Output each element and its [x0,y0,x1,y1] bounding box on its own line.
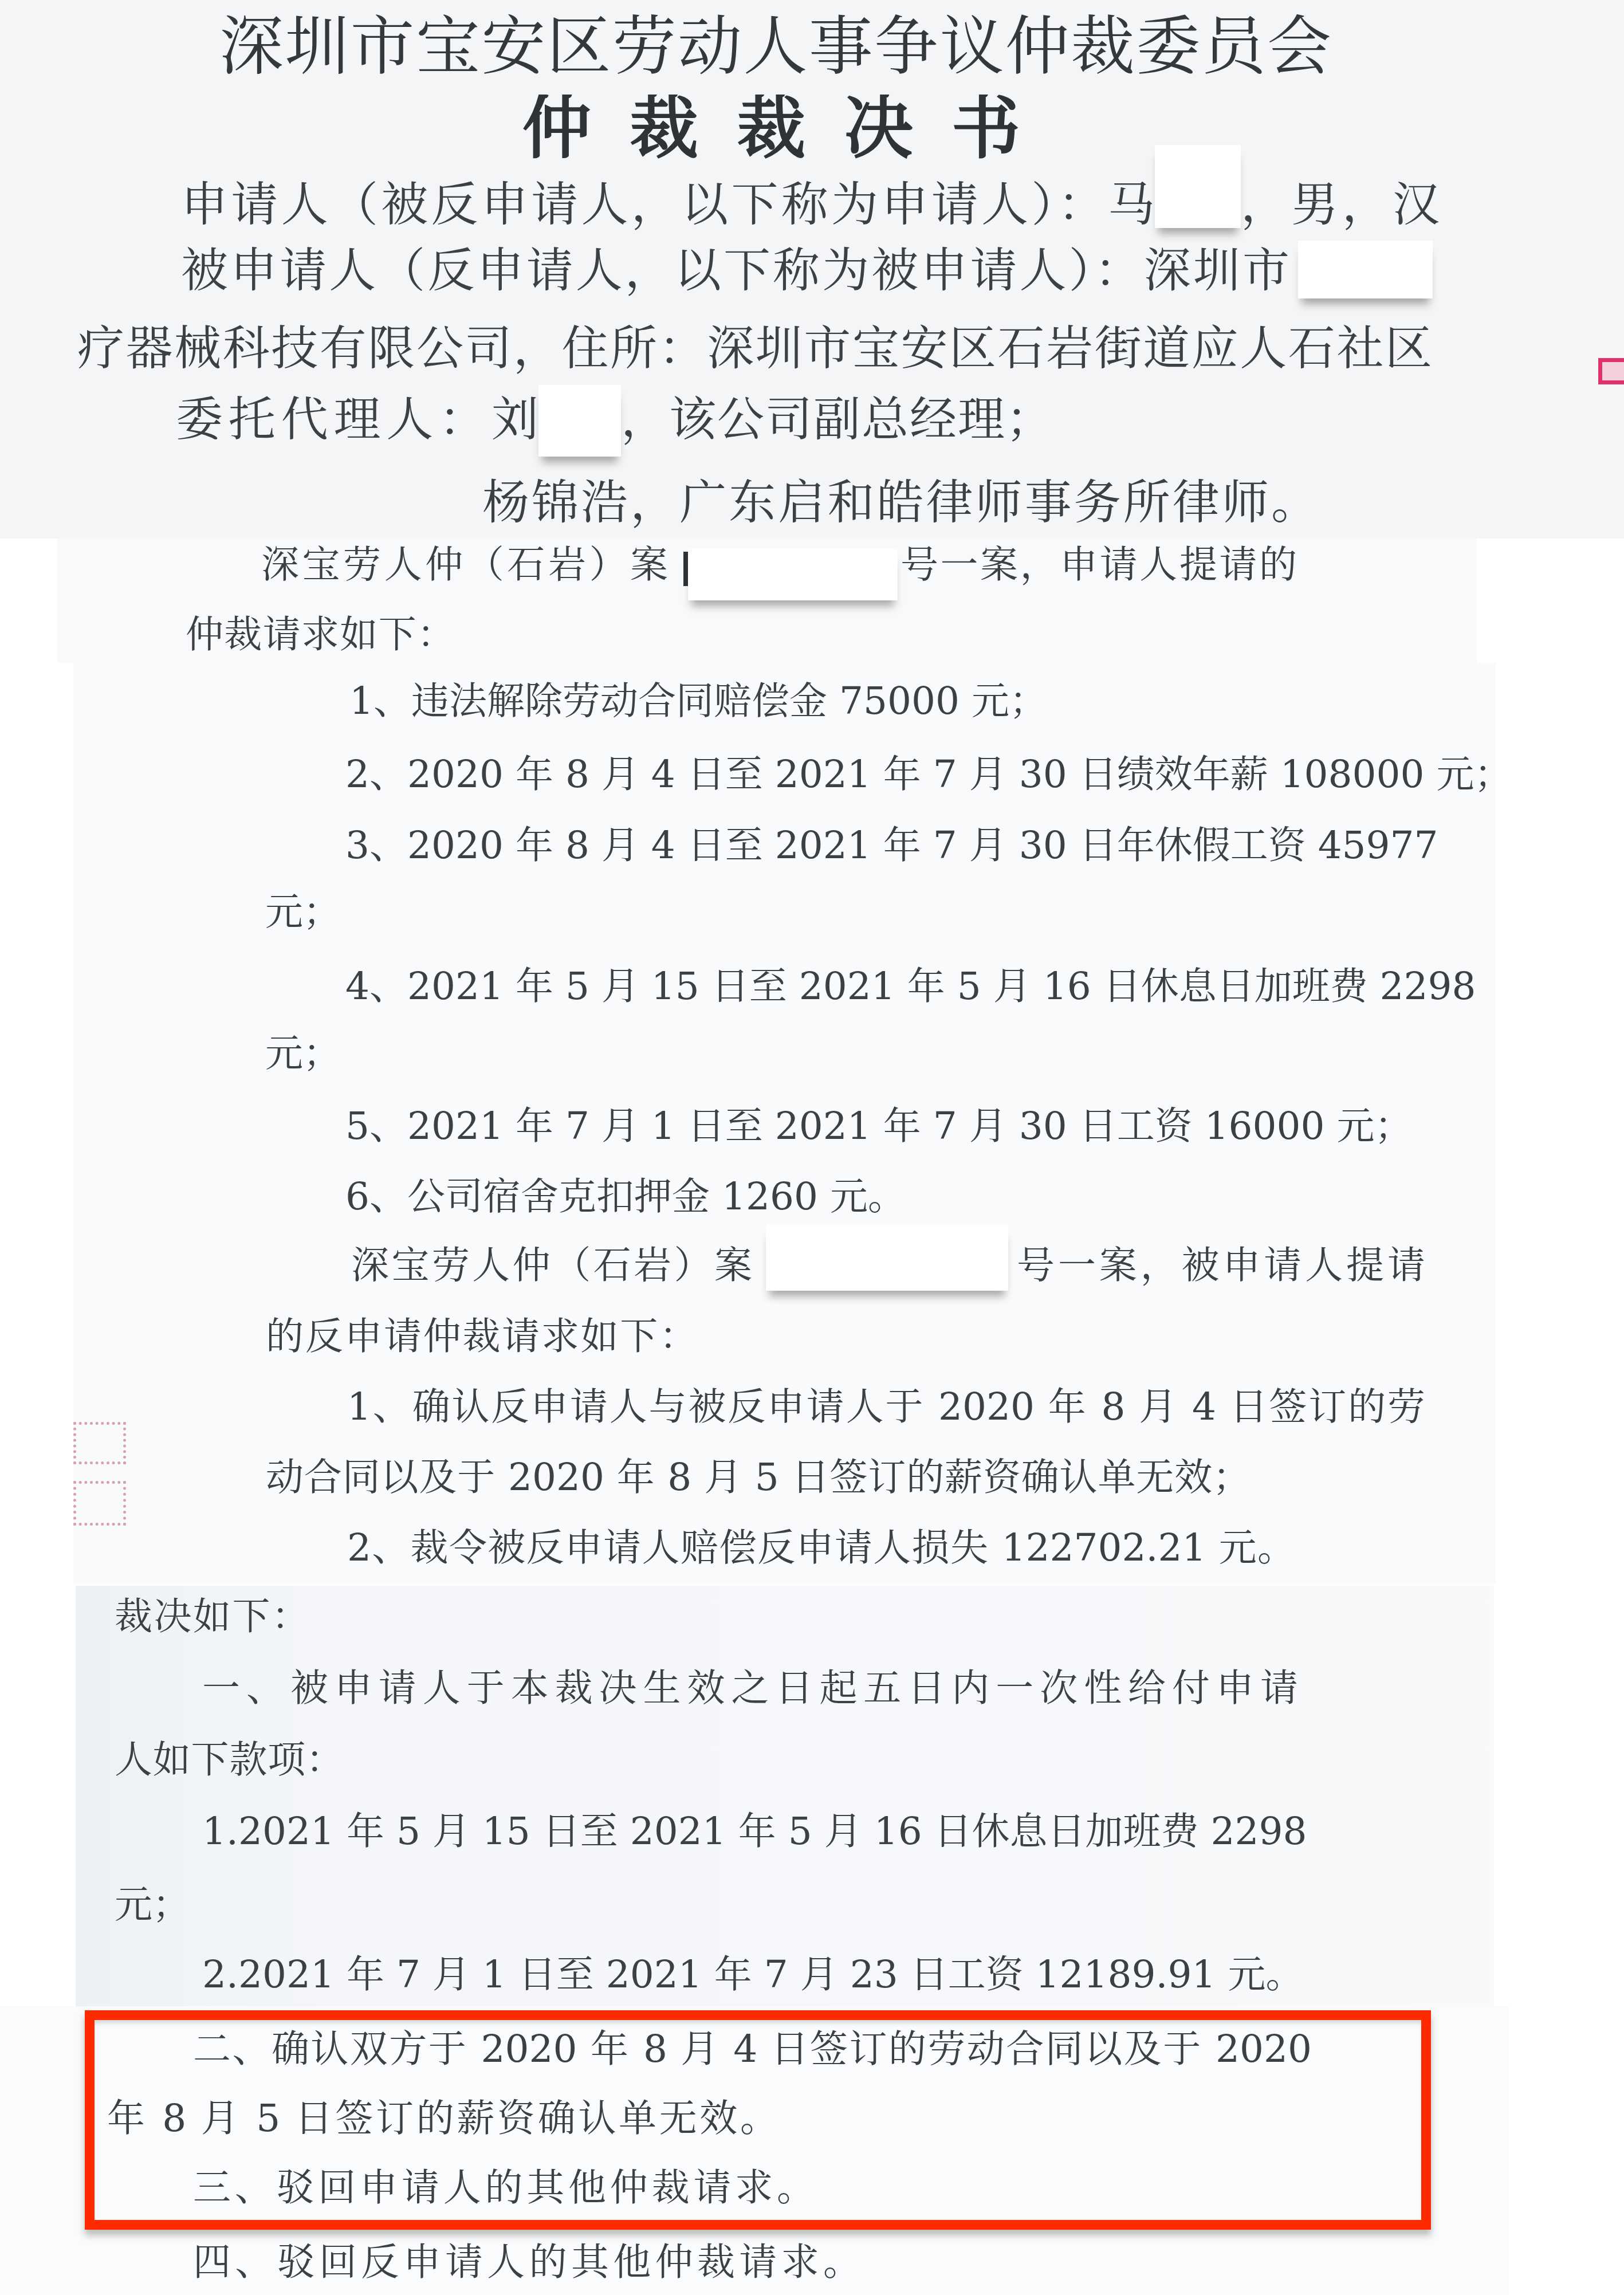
seal-stamp-icon [1598,358,1624,384]
scan-panel-ruling [76,1586,1494,2006]
applicant-line-suffix: ，男，汉 [1241,182,1440,229]
payment-item: 2.2021 年 7 月 1 日至 2021 年 7 月 23 日工资 1218… [202,1956,1266,1994]
agent-line: 委托代理人：刘 [176,396,538,443]
claim-item: 1、违法解除劳动合同赔偿金 75000 元； [349,682,1041,720]
claim-item: 3、2020 年 8 月 4 日至 2021 年 7 月 30 日年休假工资 4… [345,827,1417,864]
claim-item: 6、公司宿舍克扣押金 1260 元。 [345,1178,904,1216]
respondent-line: 被申请人（反申请人，以下称为被申请人）：深圳市 [181,247,1289,294]
redaction-case-number [688,548,898,600]
counterclaim-item: 1、确认反申请人与被反申请人于 2020 年 8 月 4 日签订的劳 [347,1388,1425,1426]
case-number-suffix: 号一案，申请人提请的 [901,546,1297,584]
claim-item: 2、2020 年 8 月 4 日至 2021 年 7 月 30 日绩效年薪 10… [345,756,1418,793]
counter-case-number-suffix: 号一案，被申请人提请 [1017,1247,1425,1284]
claims-heading: 仲裁请求如下： [186,616,455,654]
counter-case-number-prefix: 深宝劳人仲（石岩）案 [351,1247,752,1284]
org-title: 深圳市宝安区劳动人事争议仲裁委员会 [219,15,1331,79]
seam-stamp-icon [73,1481,126,1526]
redaction-applicant-name [1155,145,1241,228]
highlight-box [85,2010,1431,2230]
doc-title: 仲裁裁决书 [522,95,1020,161]
ruling-item-1-continued: 人如下款项： [115,1741,344,1779]
seam-stamp-icon [73,1422,126,1464]
counterclaim-item-continued: 动合同以及于 2020 年 8 月 5 日签订的薪资确认单无效； [266,1459,1251,1496]
redaction-company-name [1298,241,1433,298]
redaction-counter-case-number [766,1224,1008,1291]
ruling-item-1: 一、被申请人于本裁决生效之日起五日内一次性给付申请 [202,1669,1298,1707]
payment-item-continued: 元； [115,1886,190,1924]
redaction-agent-name [538,385,621,457]
applicant-line: 申请人（被反申请人，以下称为申请人）：马 [181,182,1155,229]
claim-item-continued: 元； [265,1035,341,1072]
agent-line-suffix: ，该公司副总经理； [621,396,1053,443]
counterclaims-heading: 的反申请仲裁请求如下： [266,1318,697,1355]
counterclaim-item: 2、裁令被反申请人赔偿反申请人损失 122702.21 元。 [347,1529,1295,1567]
respondent-address-line: 疗器械科技有限公司，住所：深圳市宝安区石岩街道应人石社区 [77,325,1432,372]
claim-item-continued: 元； [265,893,341,931]
ruling-heading: 裁决如下： [115,1598,309,1636]
agent2-line: 杨锦浩，广东启和皓律师事务所律师。 [482,480,1318,526]
payment-item: 1.2021 年 5 月 15 日至 2021 年 5 月 16 日休息日加班费… [202,1813,1298,1850]
claim-item: 5、2021 年 7 月 1 日至 2021 年 7 月 30 日工资 1600… [345,1107,1346,1145]
doc-title-clip: 仲裁裁决书 [522,95,1020,161]
claim-item: 4、2021 年 5 月 15 日至 2021 年 5 月 16 日休息日加班费… [345,968,1426,1005]
case-number-prefix: 深宝劳人仲（石岩）案 [261,546,668,584]
ruling-item-4: 四、驳回反申请人的其他仲裁请求。 [193,2243,861,2281]
